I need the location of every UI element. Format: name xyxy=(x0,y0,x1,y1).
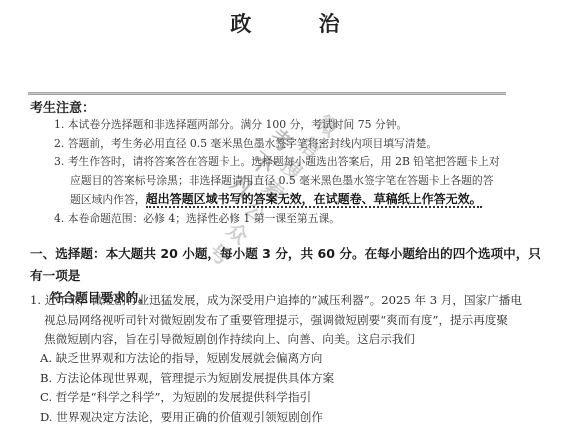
notice-list: 1. 本试卷分选择题和非选择题两部分。满分 100 分，考试时间 75 分钟。 … xyxy=(54,116,554,229)
notice-heading: 考生注意： xyxy=(30,97,95,116)
header-divider xyxy=(28,92,506,95)
option-c: C. 哲学是“科学之科学”，为短剧的发展提供科学指引 xyxy=(40,388,334,408)
notice-item-3: 3. 考生作答时，请将答案答在答题卡上。选择题每小题选出答案后，用 2B 铅笔把… xyxy=(54,153,554,172)
notice-warning-emphasis: 超出答题区域书写的答案无效，在试题卷、草稿纸上作答无效。 xyxy=(146,192,482,208)
notice-item-3-prefix: 题区域内作答， xyxy=(70,193,146,206)
section-line-1: 一、选择题：本大题共 20 小题，每小题 3 分，共 60 分。在每小题给出的四… xyxy=(30,243,550,287)
question-1-options: A. 缺乏世界观和方法论的指导，短剧发展就会偏离方向 B. 方法论体现世界观，管… xyxy=(40,349,334,427)
notice-item-2: 2. 答题前，考生务必用直径 0.5 毫米黑色墨水签字笔将密封线内项目填写清楚。 xyxy=(54,135,554,154)
notice-item-1: 1. 本试卷分选择题和非选择题两部分。满分 100 分，考试时间 75 分钟。 xyxy=(54,116,554,135)
notice-item-3-cont2: 题区域内作答，超出答题区域书写的答案无效，在试题卷、草稿纸上作答无效。 xyxy=(54,190,554,210)
notice-item-3-cont: 应题目的答案标号涂黑；非选择题请用直径 0.5 毫米黑色墨水签字笔在答题卡上各题… xyxy=(54,172,554,191)
question-1-line-1: 1. 近年来，微短剧行业迅猛发展，成为深受用户追捧的“减压利器”。2025 年 … xyxy=(30,291,550,311)
notice-item-4: 4. 本卷命题范围：必修 4；选择性必修 1 第一课至第五课。 xyxy=(54,210,554,229)
option-d: D. 世界观决定方法论，要用正确的价值观引领短剧创作 xyxy=(40,408,334,428)
question-1-line-3: 焦微短剧内容，旨在引导微短剧创作持续向上、向善、向美。这启示我们 xyxy=(30,330,550,350)
page-title: 政 治 xyxy=(0,8,570,38)
option-a: A. 缺乏世界观和方法论的指导，短剧发展就会偏离方向 xyxy=(40,349,334,369)
option-b: B. 方法论体现世界观，管理提示为短剧发展提供具体方案 xyxy=(40,369,334,389)
question-1: 1. 近年来，微短剧行业迅猛发展，成为深受用户追捧的“减压利器”。2025 年 … xyxy=(30,291,550,350)
question-1-line-2: 视总局网络视听司针对微短剧发布了重要管理提示，强调微短剧要“爽而有度”，提示再度… xyxy=(30,311,550,331)
